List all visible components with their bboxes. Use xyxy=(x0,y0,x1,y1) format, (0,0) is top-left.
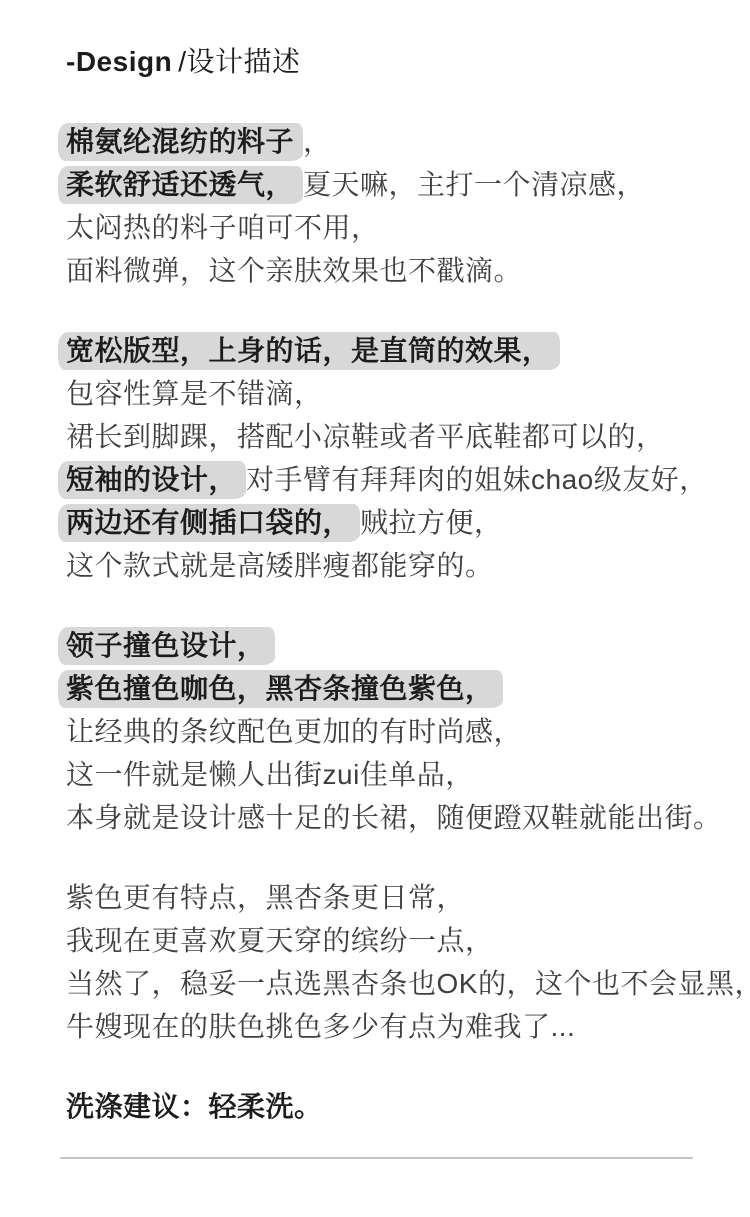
text-line: 这个款式就是高矮胖瘦都能穿的。 xyxy=(66,544,700,587)
text-line: 太闷热的料子咱可不用， xyxy=(66,206,700,249)
text-line: 紫色撞色咖色，黑杏条撞色紫色， xyxy=(66,667,700,710)
text-segment: 本身就是设计感十足的长裙，随便蹬双鞋就能出街。 xyxy=(66,802,722,833)
text-line: 当然了，稳妥一点选黑杏条也OK的，这个也不会显黑， xyxy=(66,962,700,1005)
text-segment: 面料微弹，这个亲肤效果也不戳滴。 xyxy=(66,255,522,286)
text-line: 棉氨纶混纺的料子， xyxy=(66,120,700,163)
highlighted-text: 领子撞色设计， xyxy=(58,627,275,665)
text-line: 领子撞色设计， xyxy=(66,624,700,667)
section-divider xyxy=(60,1157,693,1159)
paragraph-fit: 宽松版型，上身的话，是直筒的效果，包容性算是不错滴，裙长到脚踝，搭配小凉鞋或者平… xyxy=(66,329,700,587)
text-line: 我现在更喜欢夏天穿的缤纷一点， xyxy=(66,919,700,962)
highlighted-text: 宽松版型，上身的话，是直筒的效果， xyxy=(58,332,560,370)
highlighted-text: 棉氨纶混纺的料子 xyxy=(58,123,303,161)
text-segment: 贼拉方便， xyxy=(360,507,503,538)
text-segment: 夏天嘛，主打一个清凉感， xyxy=(303,169,645,200)
design-description-page: -Design/设计描述 棉氨纶混纺的料子，柔软舒适还透气，夏天嘛，主打一个清凉… xyxy=(0,0,750,1159)
product-design-description-screen: { "title": { "brand": "-Design", "suffix… xyxy=(0,0,750,1217)
text-segment: 太闷热的料子咱可不用， xyxy=(66,212,380,243)
text-segment: 这一件就是懒人出街zui佳单品， xyxy=(66,759,474,790)
text-line: 洗涤建议：轻柔洗。 xyxy=(66,1085,700,1128)
text-line: 这一件就是懒人出街zui佳单品， xyxy=(66,753,700,796)
paragraph-color-choice: 紫色更有特点，黑杏条更日常，我现在更喜欢夏天穿的缤纷一点，当然了，稳妥一点选黑杏… xyxy=(66,876,700,1048)
highlighted-text: 柔软舒适还透气， xyxy=(58,166,303,204)
text-segment: 洗涤建议：轻柔洗。 xyxy=(66,1091,323,1122)
text-line: 裙长到脚踝，搭配小凉鞋或者平底鞋都可以的， xyxy=(66,415,700,458)
highlighted-text: 紫色撞色咖色，黑杏条撞色紫色， xyxy=(58,670,503,708)
title-suffix: /设计描述 xyxy=(178,46,300,77)
text-line: 柔软舒适还透气，夏天嘛，主打一个清凉感， xyxy=(66,163,700,206)
paragraph-list: 棉氨纶混纺的料子，柔软舒适还透气，夏天嘛，主打一个清凉感，太闷热的料子咱可不用，… xyxy=(66,120,700,1128)
paragraph-collar-color: 领子撞色设计，紫色撞色咖色，黑杏条撞色紫色，让经典的条纹配色更加的有时尚感，这一… xyxy=(66,624,700,839)
text-segment: 牛嫂现在的肤色挑色多少有点为难我了... xyxy=(66,1011,575,1042)
text-segment: 当然了，稳妥一点选黑杏条也OK的，这个也不会显黑， xyxy=(66,968,750,999)
text-line: 面料微弹，这个亲肤效果也不戳滴。 xyxy=(66,249,700,292)
text-line: 短袖的设计，对手臂有拜拜肉的姐妹chao级友好， xyxy=(66,458,700,501)
title-brand: -Design xyxy=(66,46,172,77)
text-line: 宽松版型，上身的话，是直筒的效果， xyxy=(66,329,700,372)
page-title: -Design/设计描述 xyxy=(66,44,700,80)
text-segment: 对手臂有拜拜肉的姐妹chao级友好， xyxy=(246,464,708,495)
text-line: 本身就是设计感十足的长裙，随便蹬双鞋就能出街。 xyxy=(66,796,700,839)
highlighted-text: 短袖的设计， xyxy=(58,461,246,499)
text-segment: 让经典的条纹配色更加的有时尚感， xyxy=(66,716,522,747)
paragraph-washing-advice: 洗涤建议：轻柔洗。 xyxy=(66,1085,700,1128)
text-line: 紫色更有特点，黑杏条更日常， xyxy=(66,876,700,919)
paragraph-fabric: 棉氨纶混纺的料子，柔软舒适还透气，夏天嘛，主打一个清凉感，太闷热的料子咱可不用，… xyxy=(66,120,700,292)
text-segment: 这个款式就是高矮胖瘦都能穿的。 xyxy=(66,550,494,581)
text-segment: 包容性算是不错滴， xyxy=(66,378,323,409)
text-line: 两边还有侧插口袋的，贼拉方便， xyxy=(66,501,700,544)
text-segment: ， xyxy=(303,126,332,157)
text-line: 包容性算是不错滴， xyxy=(66,372,700,415)
text-line: 牛嫂现在的肤色挑色多少有点为难我了... xyxy=(66,1005,700,1048)
text-line: 让经典的条纹配色更加的有时尚感， xyxy=(66,710,700,753)
text-segment: 我现在更喜欢夏天穿的缤纷一点， xyxy=(66,925,494,956)
text-segment: 紫色更有特点，黑杏条更日常， xyxy=(66,882,465,913)
highlighted-text: 两边还有侧插口袋的， xyxy=(58,504,360,542)
text-segment: 裙长到脚踝，搭配小凉鞋或者平底鞋都可以的， xyxy=(66,421,665,452)
